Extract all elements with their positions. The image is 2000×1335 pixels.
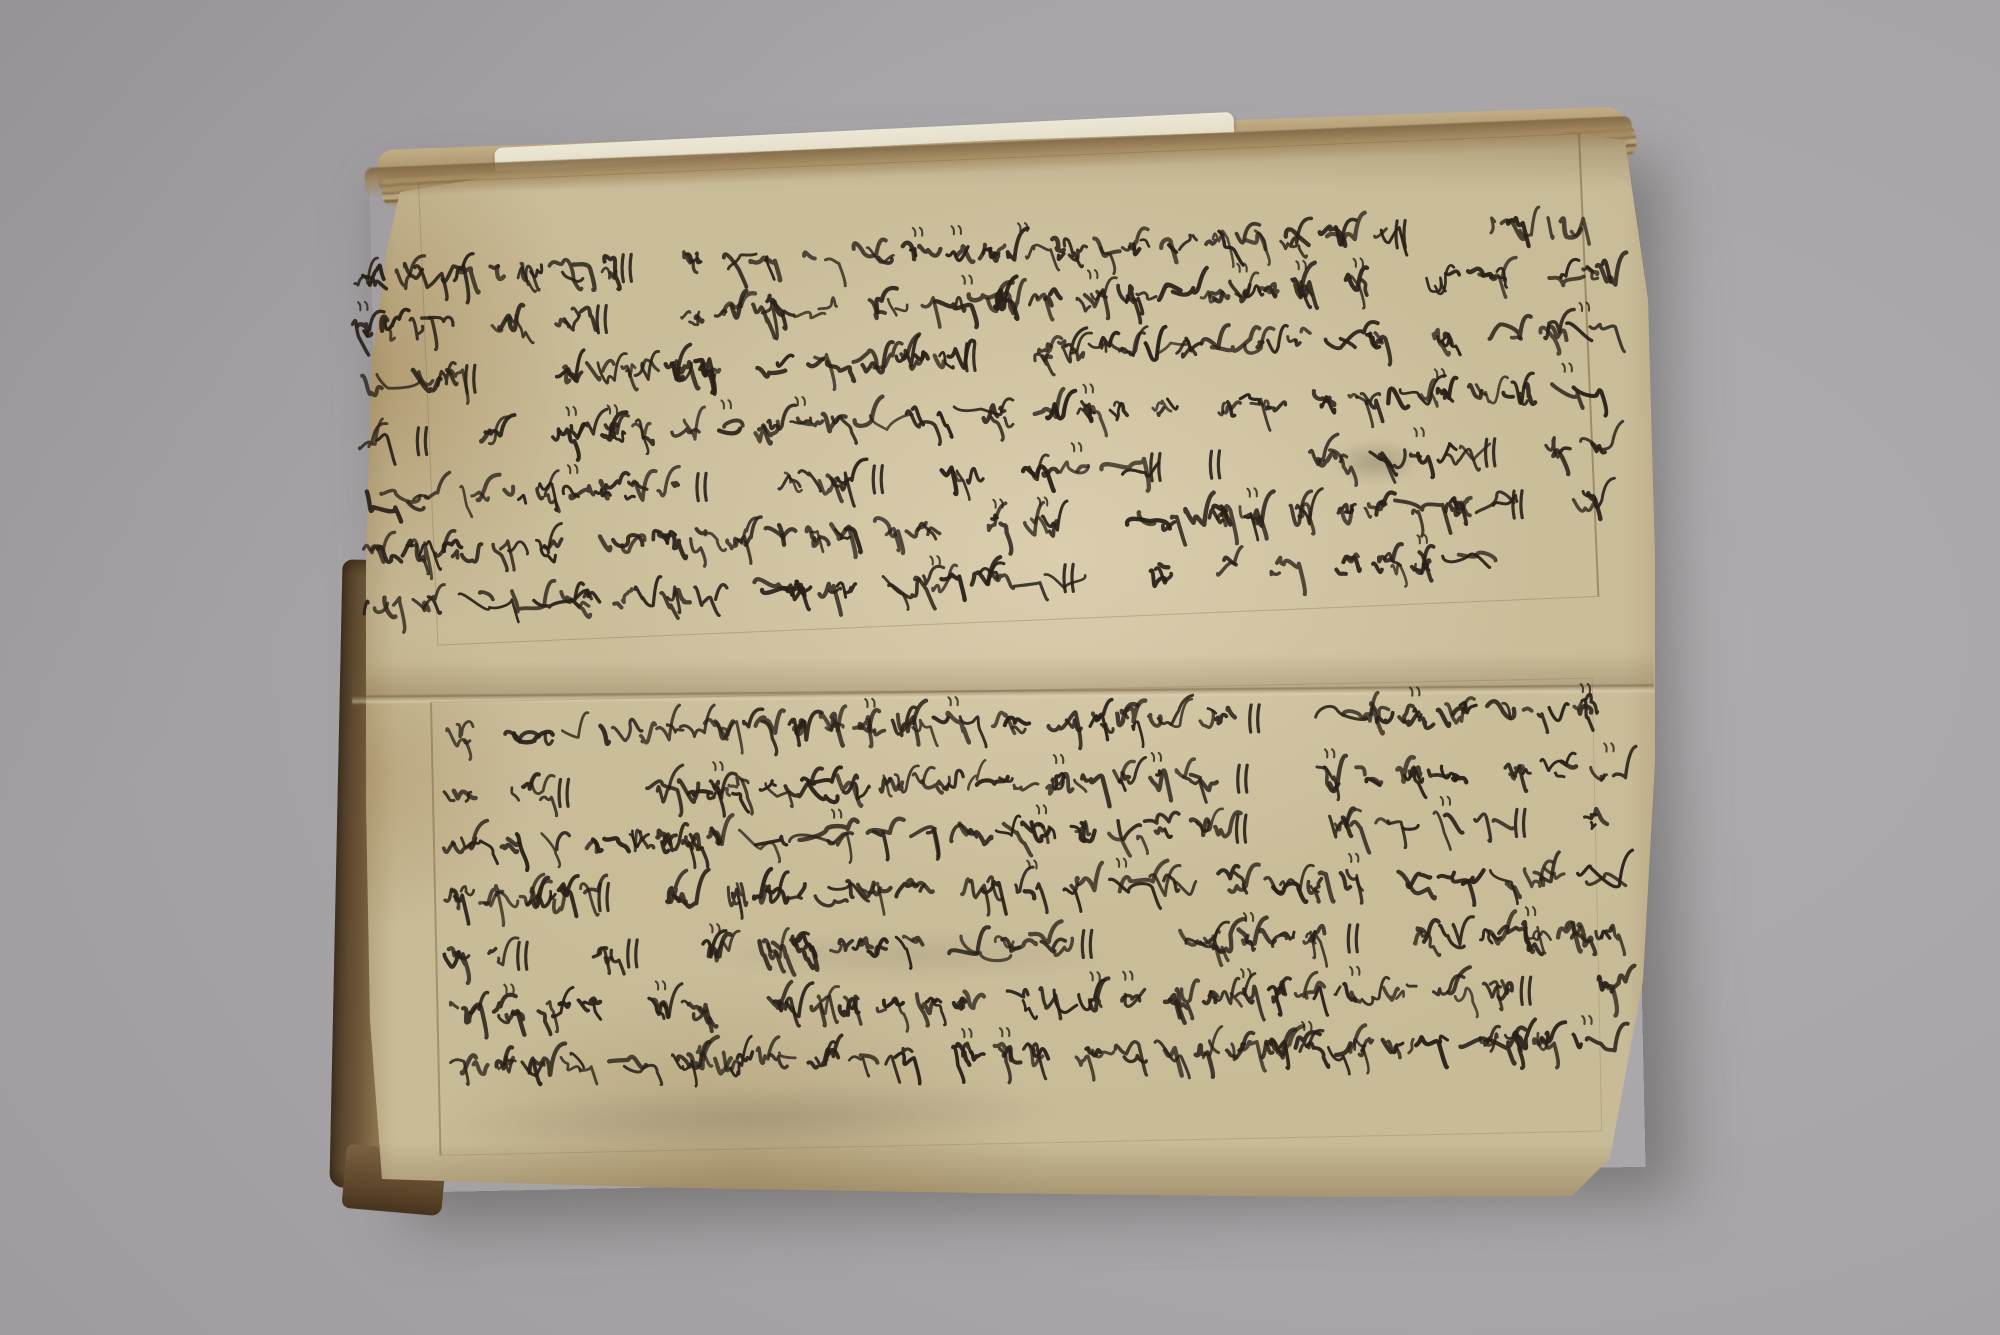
handwriting-upper-panel <box>335 149 1647 685</box>
handwriting-lower-panel <box>340 673 1649 1145</box>
photo-background <box>0 0 2000 1335</box>
